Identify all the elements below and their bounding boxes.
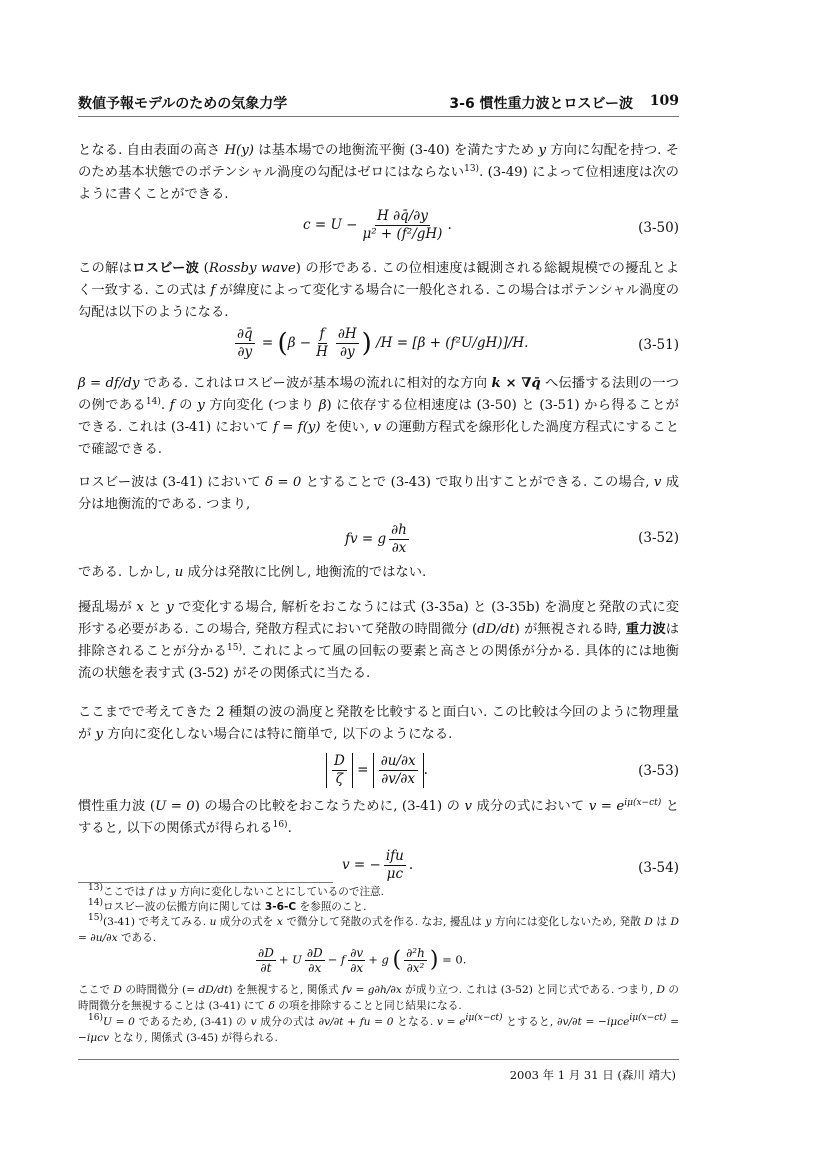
equation-3-54: v = −ifuμc. bbox=[342, 848, 413, 883]
equation-label: (3-50) bbox=[638, 220, 679, 236]
footer-date-author: 2003 年 1 月 31 日 (森川 靖大) bbox=[510, 1067, 676, 1083]
section-title: 3-6 慣性重力波とロスビー波 bbox=[449, 93, 633, 113]
paragraph-1: となる. 自由表面の高さ H(y) は基本場での地衡流平衡 (3-40) を満た… bbox=[78, 140, 679, 206]
equation-label: (3-53) bbox=[638, 763, 679, 779]
footnote-15: 15)(3-41) で考えてみる. u 成分の式を x で微分して発散の式を作る… bbox=[78, 914, 679, 946]
equation-3-51: ∂q̄∂y = (β −fH∂H∂y) /H = [β + (f²U/gH)]/… bbox=[232, 326, 528, 361]
equation-3-52: fv = g∂h∂x bbox=[345, 522, 412, 557]
paragraph-6: 擾乱場が x と y で変化する場合, 解析をおこなうには式 (3-35a) と… bbox=[78, 597, 679, 685]
equation-label: (3-54) bbox=[638, 860, 679, 876]
footnote-16: 16)U = 0 であるため, (3-41) の v 成分の式は ∂v/∂t +… bbox=[78, 1014, 679, 1046]
paragraph-5: である. しかし, u 成分は発散に比例し, 地衡流的ではない. bbox=[78, 562, 679, 584]
page-number: 109 bbox=[650, 93, 679, 109]
document-page: 数値予報モデルのための気象力学 3-6 慣性重力波とロスビー波 109 となる.… bbox=[0, 0, 826, 1169]
footer-rule bbox=[78, 1059, 679, 1060]
equation-3-50: c = U −H ∂q̄/∂yμ² + (f²/gH). bbox=[303, 208, 452, 243]
paragraph-7: ここまでで考えてきた 2 種類の波の渦度と発散を比較すると面白い. この比較は今… bbox=[78, 702, 679, 746]
book-title: 数値予報モデルのための気象力学 bbox=[78, 93, 287, 113]
footnote-rule bbox=[78, 882, 333, 883]
paragraph-8: 慣性重力波 (U = 0) の場合の比較をおこなうために, (3-41) の v… bbox=[78, 796, 679, 840]
paragraph-2: この解はロスビー波 (Rossby wave) の形である. この位相速度は観測… bbox=[78, 258, 679, 324]
equation-label: (3-52) bbox=[638, 530, 679, 546]
paragraph-3: β = df/dy である. これはロスビー波が基本場の流れに相対的な方向 k … bbox=[78, 373, 679, 461]
header-rule bbox=[78, 116, 679, 117]
footnote-13: 13)ここでは f は y 方向に変化しないことにしているので注意. bbox=[78, 884, 679, 900]
equation-label: (3-51) bbox=[638, 337, 679, 353]
paragraph-4: ロスビー波は (3-41) において δ = 0 とすることで (3-43) で… bbox=[78, 472, 679, 516]
footnote-15-equation: ∂D∂t+ U∂D∂x− f∂v∂x+ g (∂²h∂x²) = 0. bbox=[253, 946, 466, 975]
footnote-14: 14)ロスビー波の伝搬方向に関しては 3-6-C を参照のこと. bbox=[78, 899, 679, 915]
running-header: 数値予報モデルのための気象力学 3-6 慣性重力波とロスビー波 109 bbox=[78, 93, 679, 113]
equation-3-53: Dζ = ∂u/∂x∂v/∂x. bbox=[326, 753, 428, 788]
footnote-15-continued: ここで D の時間微分 (= dD/dt) を無視すると, 関係式 fv = g… bbox=[78, 982, 679, 1014]
